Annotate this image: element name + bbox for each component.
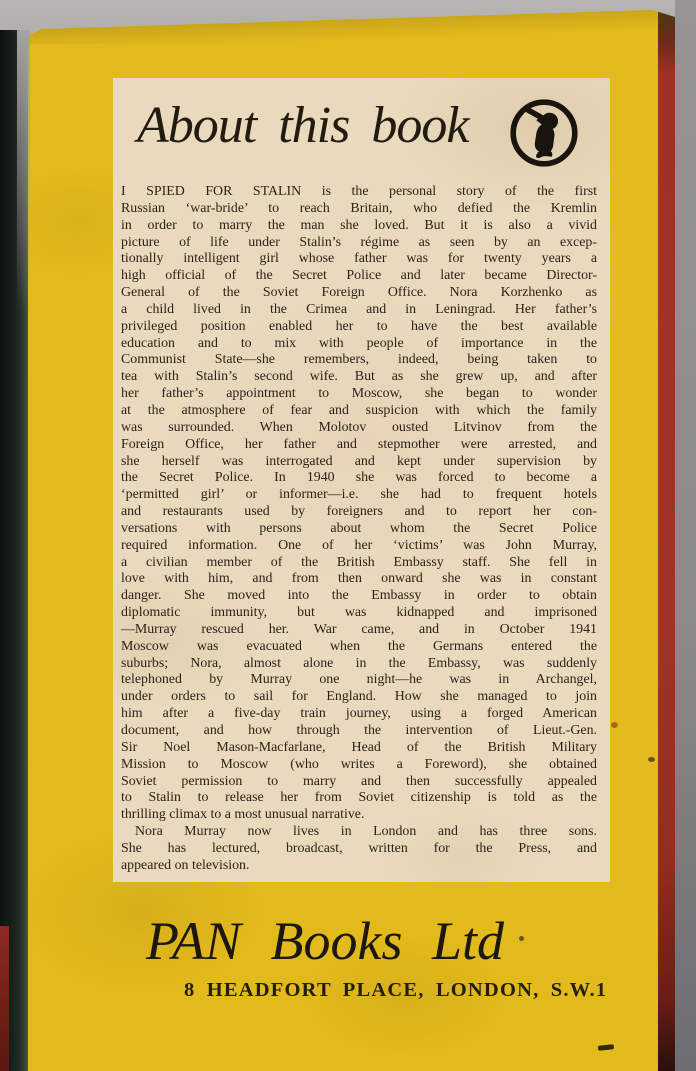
cover-top-shading bbox=[28, 10, 675, 44]
blurb-line: at the atmosphere of fear and suspicion … bbox=[121, 403, 597, 420]
blurb-line: She has lectured, broadcast, written for… bbox=[121, 841, 597, 858]
publisher-address: 8 HEADFORT PLACE, LONDON, S.W.1 bbox=[184, 979, 607, 1002]
blurb-line: required information. One of her ‘victim… bbox=[121, 538, 597, 555]
blurb-line: tionally intelligent girl whose father w… bbox=[121, 251, 597, 268]
blurb-line: Foreign Office, her father and stepmothe… bbox=[121, 437, 597, 454]
blurb-line: high official of the Secret Police and l… bbox=[121, 268, 597, 285]
blurb-line: Russian ‘war-bride’ to reach Britain, wh… bbox=[121, 201, 597, 218]
red-page-edge-bottom-left bbox=[0, 926, 9, 1071]
blurb-line: her father’s appointment to Moscow, she … bbox=[121, 386, 597, 403]
book-back-cover-scan: About this book I SPIED FOR STALIN is th… bbox=[0, 0, 696, 1071]
blurb-line: was surrounded. When Molotov ousted Litv… bbox=[121, 420, 597, 437]
blurb-line: the Secret Police. In 1940 she was force… bbox=[121, 470, 597, 487]
blurb-line: love with him, and from then onward she … bbox=[121, 571, 597, 588]
about-panel: About this book I SPIED FOR STALIN is th… bbox=[113, 78, 610, 882]
blurb-line: I SPIED FOR STALIN is the personal story… bbox=[121, 184, 597, 201]
blurb-line: a child lived in the Crimea and in Lenin… bbox=[121, 302, 597, 319]
blurb-line: education and to mix with people of impo… bbox=[121, 336, 597, 353]
blurb-line: suburbs; Nora, almost alone in the Embas… bbox=[121, 656, 597, 673]
blurb-line: Nora Murray now lives in London and has … bbox=[121, 824, 597, 841]
blurb-line: privileged position enabled her to have … bbox=[121, 319, 597, 336]
blurb-line: Sir Noel Mason-Macfarlane, Head of the B… bbox=[121, 740, 597, 757]
publisher-name: PAN Books Ltd bbox=[146, 912, 504, 971]
blurb-text: I SPIED FOR STALIN is the personal story… bbox=[121, 184, 597, 875]
spine-gap-highlight bbox=[17, 30, 30, 310]
blurb-line: Mission to Moscow (who writes a Foreword… bbox=[121, 757, 597, 774]
blurb-line: in order to marry the man she loved. But… bbox=[121, 218, 597, 235]
blurb-line: to Stalin to release her from Soviet cit… bbox=[121, 790, 597, 807]
blurb-line: appeared on television. bbox=[121, 858, 597, 875]
blurb-line: diplomatic immunity, but was kidnapped a… bbox=[121, 605, 597, 622]
blurb-line: document, and how through the interventi… bbox=[121, 723, 597, 740]
pan-piper-logo-icon bbox=[509, 98, 579, 168]
blurb-line: tea with Stalin’s second wife. But as sh… bbox=[121, 369, 597, 386]
blurb-line: a civilian member of the British Embassy… bbox=[121, 555, 597, 572]
blurb-line: General of the Soviet Foreign Office. No… bbox=[121, 285, 597, 302]
blurb-line: him after a five-day train journey, usin… bbox=[121, 706, 597, 723]
paper-blemish bbox=[519, 936, 524, 941]
paper-blemish bbox=[611, 722, 618, 728]
blurb-line: telephoned by Murray one night—he was in… bbox=[121, 672, 597, 689]
blurb-line: picture of life under Stalin’s régime as… bbox=[121, 235, 597, 252]
blurb-line: danger. She moved into the Embassy in or… bbox=[121, 588, 597, 605]
blurb-line: she herself was interrogated and kept un… bbox=[121, 454, 597, 471]
blurb-line: thrilling climax to a most unusual narra… bbox=[121, 807, 597, 824]
blurb-line: versations with persons about whom the S… bbox=[121, 521, 597, 538]
blurb-line: —Murray rescued her. War came, and in Oc… bbox=[121, 622, 597, 639]
blurb-line: Moscow was evacuated when the Germans en… bbox=[121, 639, 597, 656]
blurb-line: Soviet permission to marry and then succ… bbox=[121, 774, 597, 791]
blurb-line: ‘permitted girl’ or informer—i.e. she ha… bbox=[121, 487, 597, 504]
blurb-line: under orders to sail for England. How sh… bbox=[121, 689, 597, 706]
paper-blemish bbox=[648, 757, 655, 762]
blurb-line: and restaurants used by foreigners and t… bbox=[121, 504, 597, 521]
scan-background-right bbox=[675, 0, 696, 1071]
red-page-edge-right bbox=[658, 10, 675, 1071]
panel-title: About this book bbox=[137, 100, 468, 152]
blurb-line: Communist State—she remembers, indeed, b… bbox=[121, 352, 597, 369]
